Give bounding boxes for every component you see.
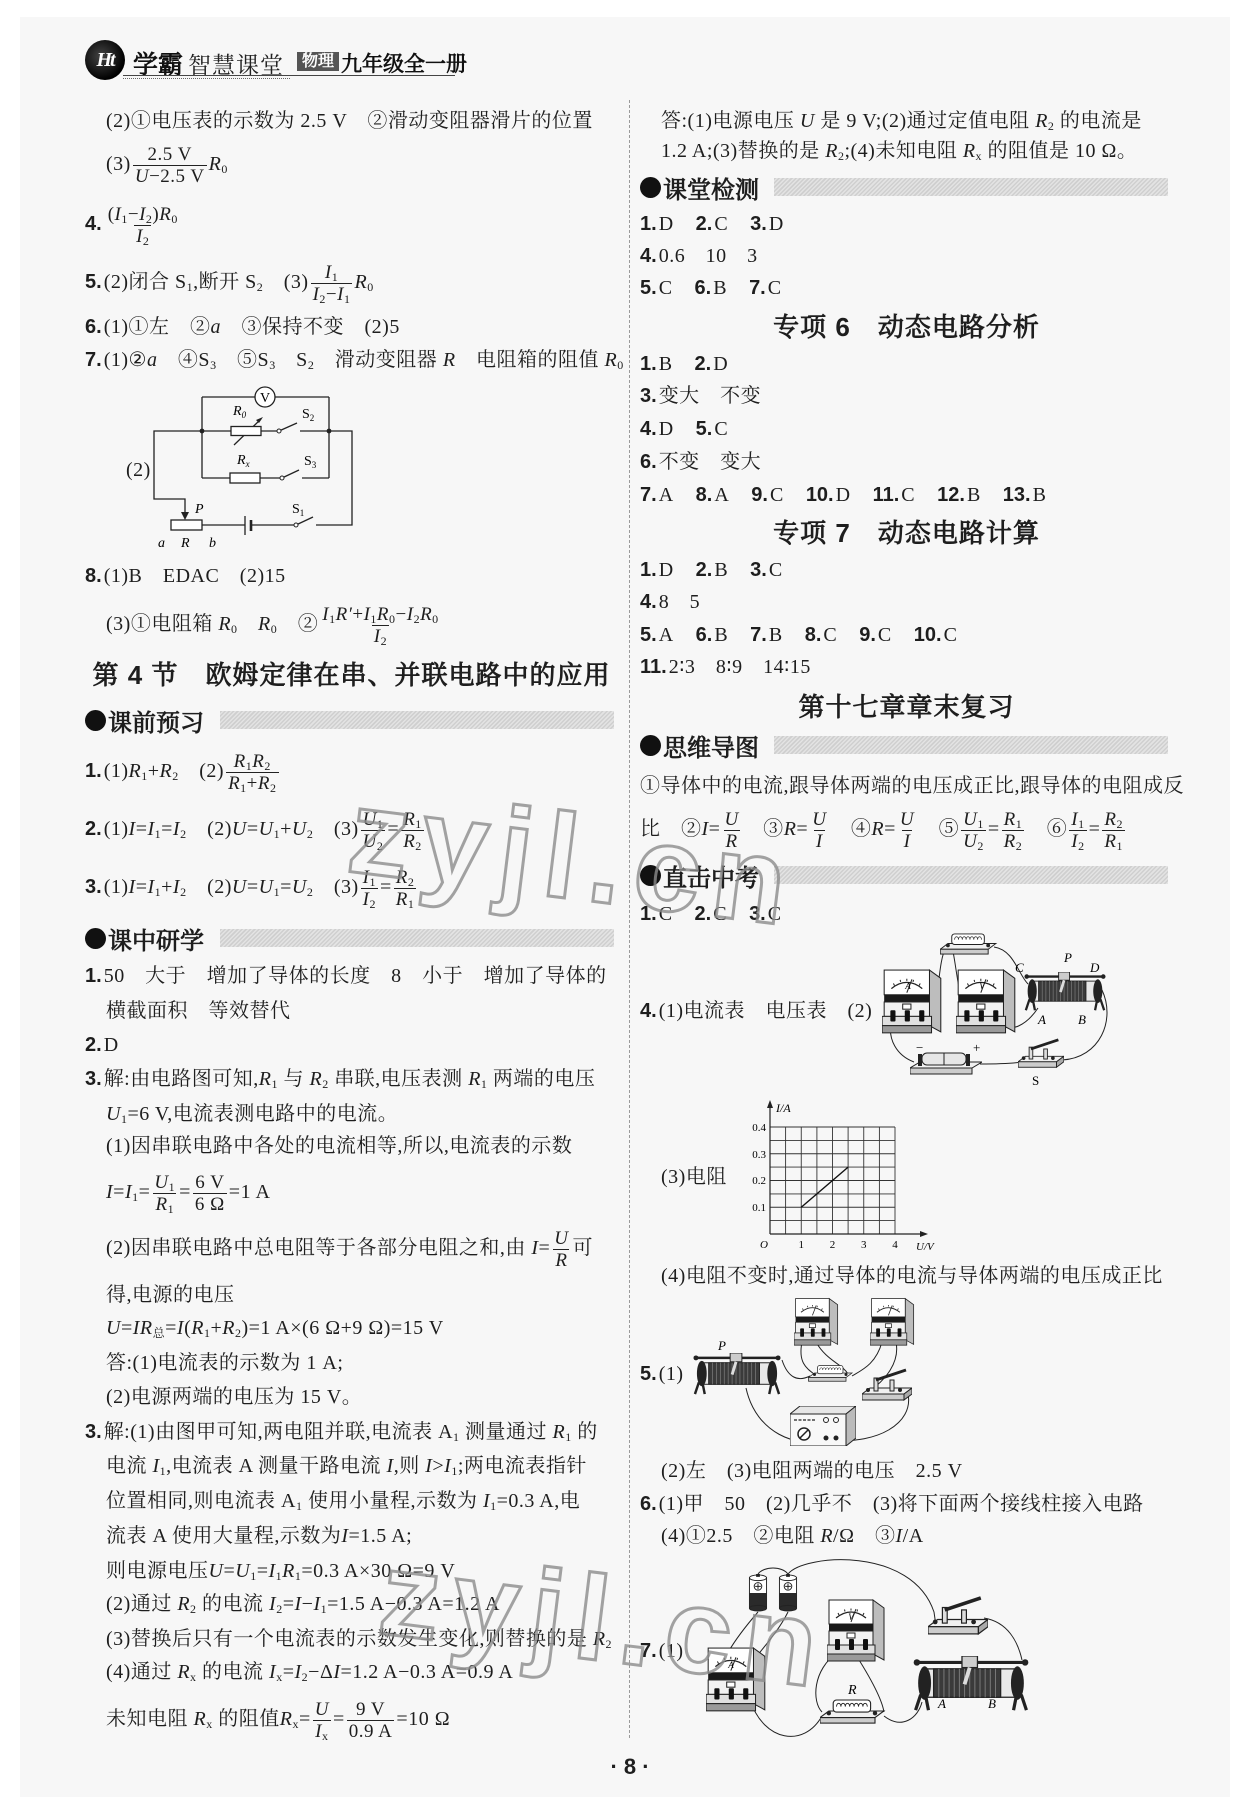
text-segment: = [539,1237,551,1259]
question-number: 4. [640,418,657,440]
answer-line: I=I1=U1R1=6 V6 Ω=1 A [106,1172,270,1215]
text-segment: = [247,818,259,840]
text-segment: 答:(1)电源电压 [661,110,800,132]
answer-row: 4.D5.C [640,417,750,441]
denominator: U−2.5 V [133,165,207,187]
answer-choice: C [714,418,728,440]
question-number: 3. [750,559,767,581]
question-number: 13. [1003,484,1031,506]
fraction: I1I2 [361,867,378,910]
text-segment: (2)通过 [106,1593,177,1615]
text-segment: 两端的电压 [487,1068,595,1090]
answer-line: (2)电源两端的电压为 15 V。 [106,1385,362,1409]
answer-row: 7.A8.A9.C10.D11.C12.B13.B [640,483,1068,507]
variable: R [280,1708,293,1730]
answer-row: 5.A6.B7.B8.C9.C10.C [640,623,979,647]
x-tick-label: 1 [799,1239,805,1251]
question-number: 10. [914,624,942,646]
switch-icon [1018,1040,1064,1067]
text-segment: + [280,818,292,840]
answer-choice: B [1033,484,1047,506]
answer-line: 电流 I1,电流表 A 测量干路电流 I,则 I>I1;两电流表指针 [106,1454,587,1478]
heading-bar [220,711,614,729]
answer-line: 2.D [85,1033,119,1057]
subscript: 2 [1117,817,1124,831]
rheostat-icon [1024,972,1105,1010]
answer-line: (2)因串联电路中总电阻等于各部分电阻之和,由 I=UR可 [106,1228,593,1271]
text-segment: − [396,604,407,625]
s2-label: S2 [302,407,314,423]
text-segment: ,电流表 A 测量干路电流 [166,1455,386,1477]
variable: U [963,831,977,852]
text-segment: = [165,1317,177,1339]
denominator: U2 [361,830,386,852]
subsection-heading: 课中研学 [85,924,204,952]
question-number: 1. [640,903,657,925]
question-number: 2. [695,903,712,925]
variable: I [295,1593,302,1615]
voltmeter-icon [827,1600,884,1661]
numerator: I1 [1069,809,1086,830]
text-segment: /Ω ③ [833,1525,895,1547]
denominator: R1 [1102,830,1125,852]
subsection-label: 思维导图 [663,728,759,763]
question-number: 4. [85,213,102,235]
variable: U [209,1560,224,1582]
question-number: 6. [640,1493,657,1515]
variable: R [282,1560,295,1582]
variable: R [234,751,246,772]
denominator: I [814,830,825,852]
question-number: 2. [85,1034,102,1056]
answer-choice: C [769,559,783,581]
variable: R [177,1593,190,1615]
variable: I [374,626,381,647]
origin-label: O [760,1239,768,1251]
answer-line: (4)电阻不变时,通过导体的电流与导体两端的电压成正比 [661,1264,1163,1288]
answer-row: 5.C6.B7.C [640,276,804,300]
variable: U [292,876,307,898]
numerator: I1 [361,867,378,888]
y-axis-label: I/A [775,1101,791,1115]
slider-p-label: P [717,1338,726,1353]
slider-p-label: P [1063,950,1072,965]
question-number: 4. [640,245,657,267]
text-segment: (2) [187,818,232,840]
answer-line: U=IR总=I(R1+R2)=1 A×(6 Ω+9 Ω)=15 V [106,1316,444,1340]
subscript: 2 [1016,839,1023,853]
text-segment: 8 5 [659,591,701,613]
text-segment: (1) [104,818,129,840]
question-number: 2. [696,213,713,235]
variable: R [160,760,173,782]
answer-choice: B [967,484,981,506]
variable: I [702,818,709,840]
text-segment: (1)B EDAC (2)15 [104,565,286,587]
variable: I [895,1525,902,1547]
variable: I [153,1455,160,1477]
answer-line: 1.2 A;(3)替换的是 R2;(4)未知电阻 Rx 的阻值是 10 Ω。 [661,139,1137,163]
bullet-icon [640,735,661,756]
text-segment: −Δ [308,1661,333,1683]
answer-row: 1.D2.B3.C [640,558,805,582]
text-segment: 2∶3 8∶9 14∶15 [669,656,811,678]
answer-line: 1.(1)R1+R2 (2)R1R2R1+R2 [85,751,281,794]
answer-line: 6.(1)甲 50 (2)几乎不 (3)将下面两个接线柱接入电路 [640,1492,1144,1516]
question-number: 5. [696,418,713,440]
fraction: I1R′+I1R0−I2R0I2 [320,604,440,647]
variable: R [228,773,240,794]
bullet-icon [640,177,661,198]
question-number: 11. [640,656,667,678]
unknown-resistor-symbol [230,473,260,483]
subscript: 2 [415,839,422,853]
variable: I [341,1525,348,1547]
fraction: U1U2 [961,809,986,852]
variable: I [129,818,136,840]
text-segment: ⑤ [918,818,959,840]
ammeter-icon [882,970,941,1033]
text-segment: ② [277,613,318,635]
answer-choice: C [768,903,782,925]
text-segment: = [380,876,392,898]
denominator: I2 [1069,830,1086,852]
variable: U [106,1103,121,1125]
text-segment: (1)② [104,349,147,371]
section-title: 专项 6 动态电路分析 [640,312,1173,342]
answer-choice: B [713,277,727,299]
text-segment: + [247,773,258,794]
text-segment: (2)因串联电路中总电阻等于各部分电阻之和,由 [106,1237,531,1259]
answer-line: 7.(1)②a ④S3 ⑤S3 S2 滑动变阻器 R 电阻箱的阻值 R0 [85,348,624,372]
subscript: 0 [171,212,178,226]
variable: R [129,760,142,782]
text-segment: /A [903,1525,924,1547]
fraction: R2R1 [1102,809,1125,852]
answer-choice: C [659,277,673,299]
subsection-label: 课堂检测 [663,170,759,205]
answer-line: 得,电源的电压 [106,1283,235,1307]
variable: a [211,316,222,338]
variable: U [363,809,377,830]
numerator: R1 [1002,809,1025,830]
numerator: R2 [1102,809,1125,830]
fraction: 6 V6 Ω [193,1172,227,1215]
text-segment: 流表 A 使用大量程,示数为 [106,1525,341,1547]
text-segment: + [161,876,173,898]
subscript: 1 [169,1180,176,1194]
question-number: 5. [85,271,102,293]
numerator: U1 [961,809,986,830]
text-segment: =10 Ω [396,1708,450,1730]
denominator: R1 [394,888,417,910]
variable: I [136,226,143,247]
fraction: 9 V0.9 A [347,1699,395,1742]
answer-choice: C [878,624,892,646]
page-number: · 8 · [580,1754,680,1780]
text-segment: (3)替换后只有一个电流表的示数发生变化,则替换的是 [106,1628,593,1650]
answer-choice: D [659,418,674,440]
fraction: R1R2 [401,809,424,852]
numerator: 9 V [354,1699,387,1720]
variable: I [325,262,332,283]
answer-line: (1)因串联电路中各处的电流相等,所以,电流表的示数 [106,1134,572,1158]
numerator: R1R2 [232,751,273,772]
r0-label: R0 [232,404,247,420]
answer-choice: B [769,624,783,646]
text-segment: = [179,1181,191,1203]
header-dotted-rule [123,78,290,79]
question-number: 7. [640,1640,657,1662]
terminal-a-label: A [937,1696,946,1711]
subscript: 1 [408,897,415,911]
rheostat-symbol [171,520,202,530]
denominator: R1+R2 [226,772,278,794]
subscript: 2 [1078,839,1085,853]
text-segment: )=1 A×(6 Ω+9 Ω)=15 V [241,1317,443,1339]
text-segment [238,613,259,635]
terminal-d-label: D [1089,960,1100,975]
i-u-graph: I/A 0.4 0.3 0.2 0.1 O 1 2 3 4 U/V [740,1098,940,1253]
answer-choice: D [769,213,784,235]
numerator: (I1−I2)R0 [106,204,180,225]
fraction: 2.5 VU−2.5 V [133,144,207,187]
denominator: R1 [153,1193,176,1215]
variable: R [159,204,171,225]
answer-line: 4.0.6 10 3 [640,244,758,268]
dry-cell-icon [749,1574,766,1611]
denominator: I2−I1 [311,283,353,305]
text-segment: = [247,876,259,898]
text-segment: =1.5 A; [349,1525,413,1547]
fraction: UI [810,809,828,852]
variable: R [1104,809,1116,830]
subsection-label: 直击中考 [663,858,759,893]
text-segment: = [136,818,148,840]
battery-icon [910,1053,982,1074]
answer-line: (4)①2.5 ②电阻 R/Ω ③I/A [661,1524,924,1548]
question-number: 8. [805,624,822,646]
numerator: U [898,809,916,830]
answer-line: 3.解:(1)由图甲可知,两电阻并联,电流表 A1 测量通过 R1 的 [85,1420,598,1444]
subscript: 2 [264,759,271,773]
text-segment: 电阻箱的阻值 [456,349,605,371]
text-segment: = [223,1560,235,1582]
subscript: 2 [370,897,377,911]
switch-s-label: S [1032,1073,1039,1088]
text-segment: 变大 不变 [659,385,762,407]
text-segment: (3) [263,271,308,293]
variable: I [315,1721,322,1742]
graph-data-line [801,1167,848,1207]
answer-line: U1=6 V,电流表测电路中的电流。 [106,1102,398,1126]
question-number: 2. [696,559,713,581]
denominator: 6 Ω [193,1193,227,1215]
variable: R [1104,831,1116,852]
variable: I [313,1593,320,1615]
text-segment: ,断开 S [193,271,257,293]
text-segment: 位置相同,则电流表 A [106,1490,296,1512]
variable: R [1004,831,1016,852]
text-segment: = [333,1708,345,1730]
numerator: U1 [361,809,386,830]
text-segment: 的电流是 [1054,110,1142,132]
answer-row: 1.D2.C3.D [640,212,806,236]
text-segment: − [128,204,139,225]
variable: R [258,613,271,635]
denominator: R2 [1002,830,1025,852]
text-segment: − [302,1593,314,1615]
fraction: U1U2 [361,809,386,852]
text-segment: 则电源电压 [106,1560,209,1582]
subscript: 2 [606,1637,613,1651]
terminal-b-label: B [988,1696,996,1711]
question-number: 4. [640,1000,657,1022]
text-segment: 使用小量程,示数为 [302,1490,483,1512]
subsection-label: 课前预习 [108,703,204,738]
variable: R [259,1068,272,1090]
question-number: 9. [859,624,876,646]
heading-bar [774,736,1168,754]
text-segment: 1.2 A;(3)替换的是 [661,140,825,162]
answer-line: 6.(1)①左 ②a ③保持不变 (2)5 [85,315,400,339]
resistor-icon [820,1700,884,1723]
variable: R [468,1068,481,1090]
variable: R [403,831,415,852]
numerator: 2.5 V [146,144,194,165]
answer-choice: C [659,903,673,925]
subscript: 1 [168,1202,175,1216]
answer-line: 比 ②I=UR ③R=UI ④R=UI ⑤U1U2=R1R2 ⑥I1I2=R2R… [640,809,1127,852]
variable: U [363,831,377,852]
variable: R [1004,809,1016,830]
question-number: 2. [695,353,712,375]
subscript: 1 [977,817,984,831]
header-r​ule [123,75,455,76]
denominator: I [902,830,913,852]
text-segment: = [1089,818,1101,840]
numerator: I1R′+I1R0−I2R0 [320,604,440,625]
text-segment: ③ [743,818,784,840]
text-segment: 解:由电路图可知, [104,1068,259,1090]
answer-choice: A [659,624,674,646]
variable: R [396,867,408,888]
question-number: 3. [749,903,766,925]
text-segment: (2)闭合 S [104,271,187,293]
text-segment: (2)①电压表的示数为 2.5 V ②滑动变阻器滑片的位置 [106,110,593,132]
text-segment: (1) [104,760,129,782]
text-segment: 比 ② [640,818,702,840]
meter-icon [794,1299,838,1346]
answer-line: 2.(1)I=I1=I2 (2)U=U1+U2 (3)U1U2=R1R2 [85,809,426,852]
answer-line: ①导体中的电流,跟导体两端的电压成正比,跟导体的电阻成反 [640,774,1184,798]
text-segment: ④ [830,818,871,840]
question-number: 7. [85,349,102,371]
variable: I [129,876,136,898]
answer-line: (3)①电阻箱 R0 R0 ②I1R′+I1R0−I2R0I2 [106,604,443,647]
question-number: 5. [640,1363,657,1385]
experiment-figure-q4: A V C P D A B S − + [878,928,1114,1088]
denominator: Ix [313,1720,330,1742]
variable: R [377,604,389,625]
section-title: 第十七章章末复习 [640,692,1173,722]
answer-line: 8.(1)B EDAC (2)15 [85,564,286,588]
answer-line: 未知电阻 Rx 的阻值Rx=UIx=9 V0.9 A=10 Ω [106,1699,450,1742]
question-number: 2. [85,818,102,840]
y-tick-label: 0.2 [752,1175,766,1187]
text-segment: (2)电源两端的电压为 15 V。 [106,1386,362,1408]
denominator: R [553,1249,569,1271]
rheostat-r-label: R [180,536,190,551]
answer-line: 11.2∶3 8∶9 14∶15 [640,655,811,679]
question-number: 6. [696,624,713,646]
variable: R [354,271,367,293]
heading-bar [220,929,614,947]
answer-choice: B [714,624,728,646]
denominator: I2 [372,625,389,647]
question-number: 1. [640,559,657,581]
bullet-icon [85,928,106,949]
text-segment: =0.3 A,电 [497,1490,581,1512]
variable: R [443,349,456,371]
text-segment: (2) [187,876,232,898]
text-segment: 滑动变阻器 [314,349,443,371]
text-segment: 得,电源的电压 [106,1284,235,1306]
logo-text: Ht [96,49,113,71]
terminal-a-label: a [158,536,165,551]
subsection-heading: 课堂检测 [640,173,759,201]
text-segment: ⑥ [1026,818,1067,840]
s3-label: S3 [304,454,317,470]
rx-label: Rx [236,453,250,469]
variable: I [337,284,344,305]
text-segment: = [283,1661,295,1683]
meter-icon [870,1299,914,1346]
variable: R [825,140,838,162]
experiment-figure-q7: V A R A B [672,1552,1036,1744]
text-segment: = [988,818,1000,840]
answer-line: 4.(I1−I2)R0I2 [85,204,182,247]
answer-line: (3)2.5 VU−2.5 VR0 [106,144,228,187]
fraction: R1R2R1+R2 [226,751,278,794]
answer-line: 流表 A 使用大量程,示数为I=1.5 A; [106,1524,412,1548]
answer-choice: C [768,277,782,299]
text-segment: = [283,1593,295,1615]
text-segment: =1.2 A−0.3 A=0.9 A [340,1661,513,1683]
fraction: UIx [313,1699,331,1742]
grade-label: 九年级全一册 [341,48,467,78]
resistor-r-label: R [847,1683,857,1698]
answer-line: 5.(1) [640,1362,684,1386]
text-segment: (4)①2.5 ②电阻 [661,1525,820,1547]
variable: U [232,818,247,840]
text-segment: =1 A [229,1181,271,1203]
subsection-label: 课中研学 [108,921,204,956]
subscript: 2 [977,839,984,853]
positive-terminal-label: + [973,1040,980,1055]
terminal-c-label: C [1015,960,1024,975]
text-segment: = [161,818,173,840]
variable: I [147,876,154,898]
answer-line: 则电源电压U=U1=I1R1=0.3 A×30 Ω=9 V [106,1559,455,1583]
answer-line: (2)通过 R2 的电流 I2=I−I1=1.5 A−0.3 A=1.2 A [106,1592,500,1616]
variable: R [218,613,231,635]
question-number: 4. [640,591,657,613]
subscript: 1 [415,817,422,831]
answer-line: 答:(1)电流表的示数为 1 A; [106,1351,343,1375]
s1-label: S1 [292,502,304,518]
text-segment: = [121,1317,133,1339]
